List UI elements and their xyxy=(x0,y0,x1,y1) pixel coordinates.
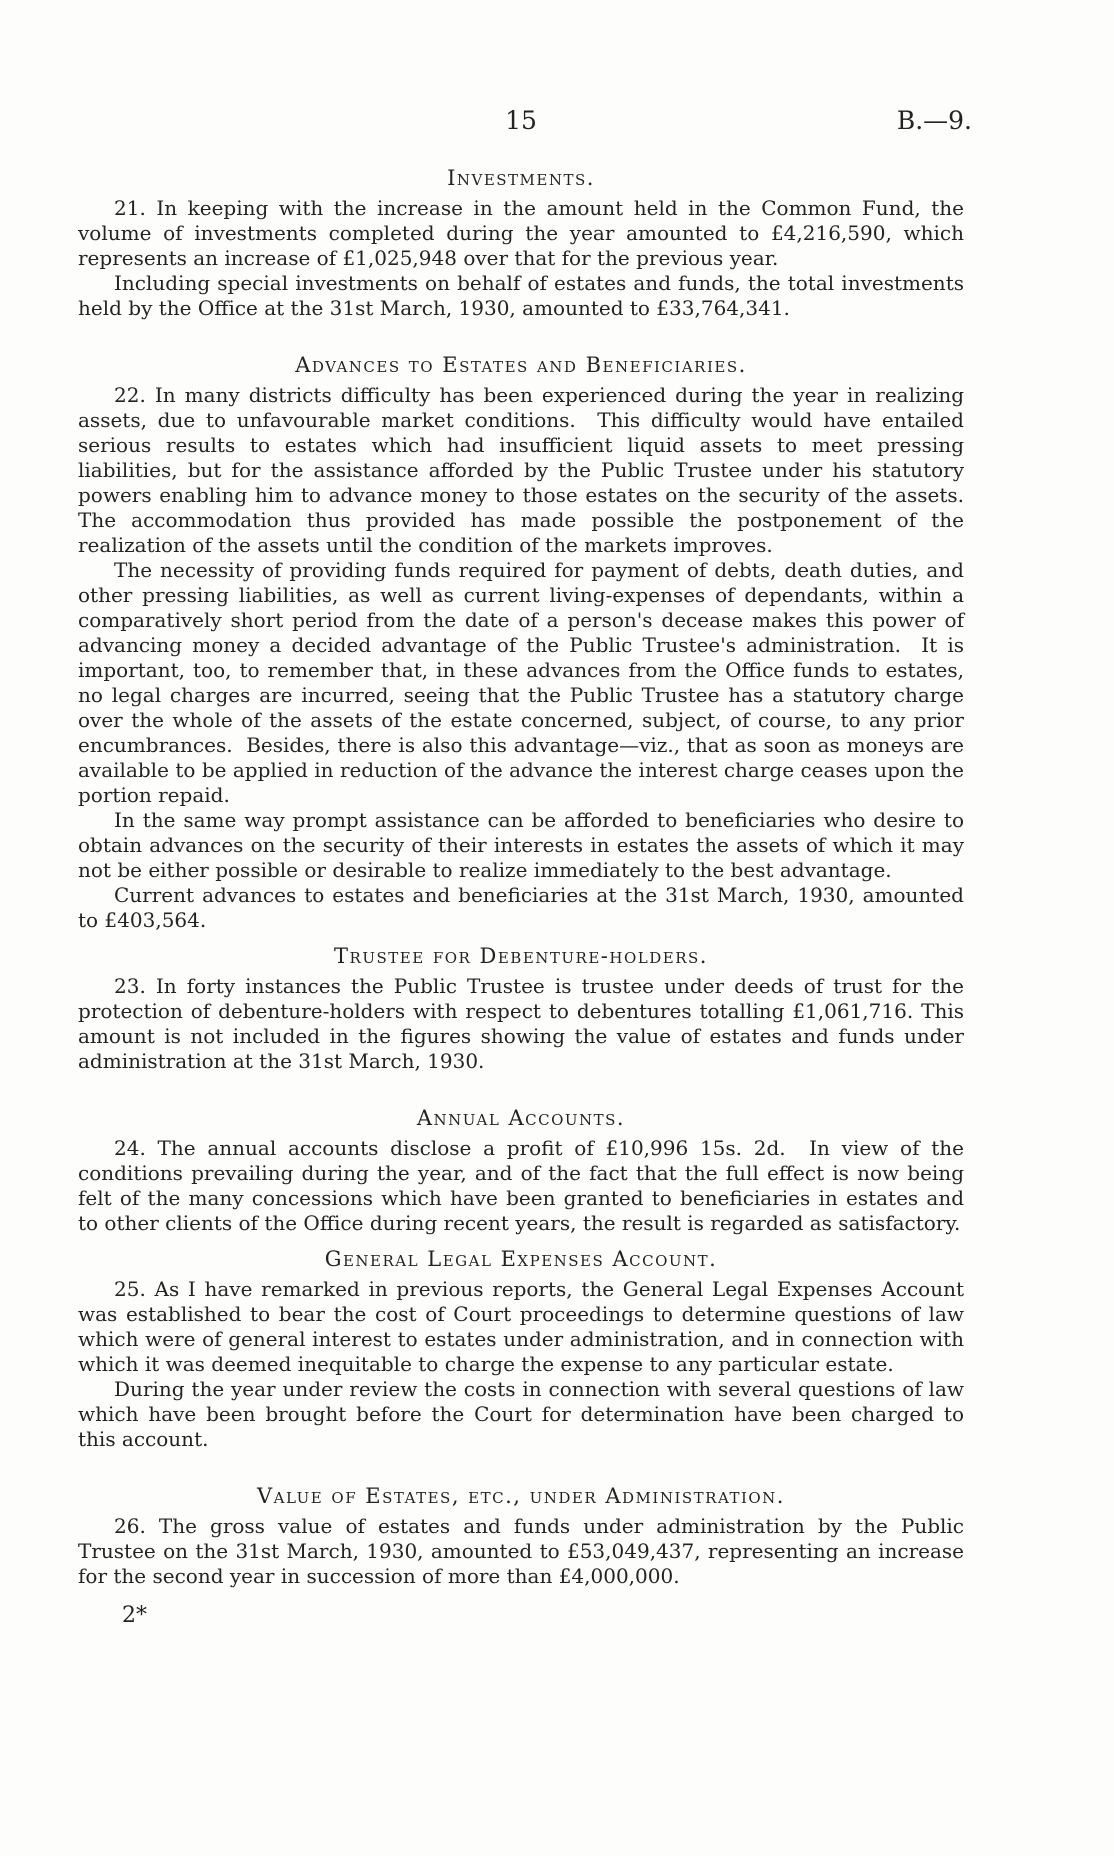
section-trustee-for-debenture-holders: Trustee for Debenture-holders. 23. In fo… xyxy=(78,942,964,1074)
paragraph: During the year under review the costs i… xyxy=(78,1377,964,1452)
paragraph: 21. In keeping with the increase in the … xyxy=(78,196,964,271)
paragraph: Including special investments on behalf … xyxy=(78,271,964,321)
paragraph: Current advances to estates and benefici… xyxy=(78,883,964,933)
section-heading: Advances to Estates and Beneficiaries. xyxy=(78,351,964,379)
paragraph: 22. In many districts difficulty has bee… xyxy=(78,383,964,558)
section-heading: General Legal Expenses Account. xyxy=(78,1245,964,1273)
document-reference: B.—9. xyxy=(897,106,972,136)
section-investments: Investments. 21. In keeping with the inc… xyxy=(78,164,964,321)
document-page: 15 B.—9. Investments. 21. In keeping wit… xyxy=(0,0,1114,1856)
section-heading: Annual Accounts. xyxy=(78,1104,964,1132)
page-number: 15 xyxy=(78,106,964,136)
paragraph: 24. The annual accounts disclose a profi… xyxy=(78,1136,964,1236)
paragraph: The necessity of providing funds require… xyxy=(78,558,964,808)
section-annual-accounts: Annual Accounts. 24. The annual accounts… xyxy=(78,1104,964,1236)
section-advances-to-estates-and-beneficiaries: Advances to Estates and Beneficiaries. 2… xyxy=(78,351,964,933)
section-heading: Trustee for Debenture-holders. xyxy=(78,942,964,970)
page-header: 15 B.—9. xyxy=(78,106,964,136)
signature-mark: 2* xyxy=(78,1603,964,1629)
paragraph: 26. The gross value of estates and funds… xyxy=(78,1514,964,1589)
section-general-legal-expenses-account: General Legal Expenses Account. 25. As I… xyxy=(78,1245,964,1452)
section-heading: Value of Estates, etc., under Administra… xyxy=(78,1482,964,1510)
section-heading: Investments. xyxy=(78,164,964,192)
paragraph: 25. As I have remarked in previous repor… xyxy=(78,1277,964,1377)
paragraph: 23. In forty instances the Public Truste… xyxy=(78,974,964,1074)
paragraph: In the same way prompt assistance can be… xyxy=(78,808,964,883)
document-content: 15 B.—9. Investments. 21. In keeping wit… xyxy=(78,106,964,1629)
section-value-of-estates-under-administration: Value of Estates, etc., under Administra… xyxy=(78,1482,964,1589)
